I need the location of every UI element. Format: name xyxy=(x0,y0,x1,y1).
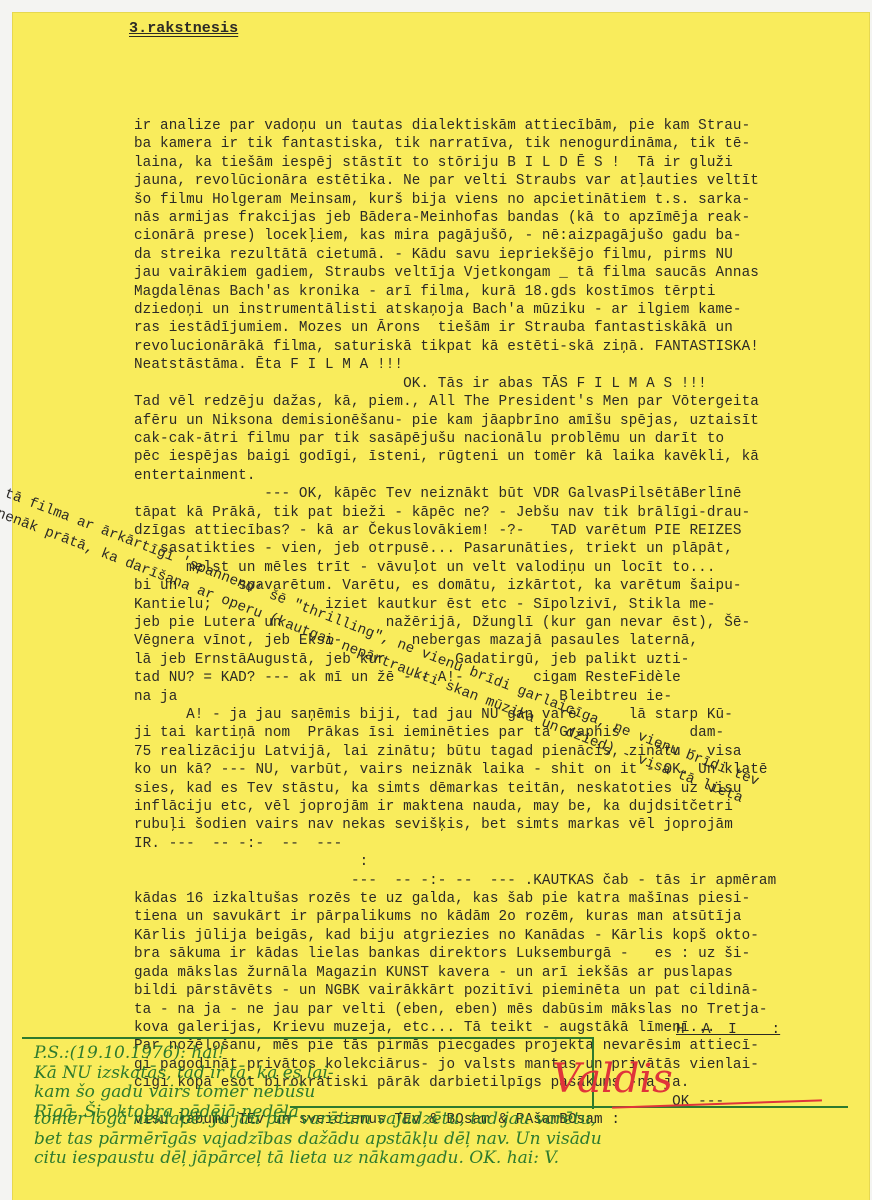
typed-line: OK. Tās ir abas TĀS F I L M A S !!! xyxy=(134,375,776,393)
typed-line: bildi pārstāvēts - un NGBK vairākkārt po… xyxy=(134,982,776,1000)
typed-line: A! - ja jau saņēmis biji, tad jau NU gan… xyxy=(134,706,776,724)
typed-line: da streika rezultātā cietumā. - Kādu sav… xyxy=(134,246,776,264)
typed-line: --- -- -:- -- --- .KAUTKAS čab - tās ir … xyxy=(134,872,776,890)
typed-line: jauna, revolūcionāra estētika. Ne par ve… xyxy=(134,172,776,190)
typed-line: ji tai kartiņā nom Prākas īsi ieminēties… xyxy=(134,724,776,742)
typed-line: ba kamera ir tik fantastiska, tik narrat… xyxy=(134,135,776,153)
typed-line: rubuļi šodien vairs nav nekas sevišķis, … xyxy=(134,816,776,834)
typed-line: ir analize par vadoņu un tautas dialekti… xyxy=(134,117,776,135)
handwritten-line: tomēr lōgā neklapē. Ja jau pār varētam v… xyxy=(34,1110,602,1130)
typed-line: Magdalēnas Bach'as kronika - arī filma, … xyxy=(134,283,776,301)
typewritten-letter-page: 3.rakstnesis ir analize par vadoņu un ta… xyxy=(12,12,870,1200)
typed-line: ta - na ja - ne jau par velti (eben, ebe… xyxy=(134,1001,776,1019)
typed-line: cak-cak-ātri filmu par tik sasāpējušu na… xyxy=(134,430,776,448)
handwritten-line: kam šo gadu vairs tomēr nebūšu xyxy=(34,1083,334,1103)
typed-line: Vēgnera vīnot, jeb Eksi- nebergas mazajā… xyxy=(134,632,776,650)
typed-line: Neatstāstāma. Ēta F I L M A !!! xyxy=(134,356,776,374)
postscript-text: tomēr lōgā neklapē. Ja jau pār varētam v… xyxy=(34,1110,602,1169)
typed-line: afēru un Niksona demisionēšanu- pie kam … xyxy=(134,412,776,430)
typed-line: dziedoņi un instrumentālisti atskaņoja B… xyxy=(134,301,776,319)
typed-line: Tad vēl redzēju dažas, kā, piem., All Th… xyxy=(134,393,776,411)
typed-line: ras iestādījumiem. Mozes un Ārons tiešām… xyxy=(134,319,776,337)
typed-line: nās armijas frakcijas jeb Bādera-Meinhof… xyxy=(134,209,776,227)
typed-line: kādas 16 izkaltušas rozēs te uz galda, k… xyxy=(134,890,776,908)
typed-line: Kārlis jūlija beigās, kad biju atgriezie… xyxy=(134,927,776,945)
typed-line: laina, ka tiešām iespēj stāstīt to stōri… xyxy=(134,154,776,172)
handwritten-line: bet tas pārmērīgās vajadzības dažādu aps… xyxy=(34,1130,602,1150)
handwritten-line: Kā NU izskatās, tad ir tā, ka es lai- xyxy=(34,1064,334,1084)
typed-line: IR. --- -- -:- -- --- xyxy=(134,835,776,853)
typed-line: entertainment. xyxy=(134,467,776,485)
typed-line: dzīgas attiecības? - kā ar Čekuslovākiem… xyxy=(134,522,776,540)
typed-line: pēc iespējas baigi godīgi, īsteni, rūgte… xyxy=(134,448,776,466)
typed-line: : xyxy=(134,853,776,871)
typed-line: --- OK, kāpēc Tev neiznākt būt VDR Galva… xyxy=(134,485,776,503)
typed-line: inflāciju etc, vēl joprojām ir maktena n… xyxy=(134,798,776,816)
typed-line: revolucionārākā filma, saturiskā tikpat … xyxy=(134,338,776,356)
handwritten-line: citu iespaustu dēļ jāpārceļ tā lieta uz … xyxy=(34,1149,602,1169)
typed-line: cionārā prese) locekļiem, kas mira pagāj… xyxy=(134,227,776,245)
typed-line: sasatikties - vien, jeb otrpusē... Pasar… xyxy=(134,540,776,558)
postscript-separator-line xyxy=(290,1106,848,1108)
typed-line: tāpat kā Prākā, tik pat bieži - kāpēc ne… xyxy=(134,504,776,522)
typed-line: jeb pie Lutera un nažērijā, Džunglī (kur… xyxy=(134,614,776,632)
typed-line: bra sākuma ir kādas lielas bankas direkt… xyxy=(134,945,776,963)
typed-line: jau vairākiem gadiem, Straubs veltīja Vj… xyxy=(134,264,776,282)
typed-line: gada mākslas žurnāla Magazin KUNST kaver… xyxy=(134,964,776,982)
handwritten-line: P.S.:(19.10.1976): hai! xyxy=(34,1044,334,1064)
closing-hai: H A I : xyxy=(676,1022,780,1038)
letter-body: ir analize par vadoņu un tautas dialekti… xyxy=(134,117,776,1129)
typed-line: tiena un savukārt ir pārpalikums no kādā… xyxy=(134,908,776,926)
page-heading: 3.rakstnesis xyxy=(129,20,238,37)
typed-line: šo filmu Holgeram Meinsam, kurš bija vie… xyxy=(134,191,776,209)
handwritten-signature: Valdis xyxy=(552,1056,673,1102)
